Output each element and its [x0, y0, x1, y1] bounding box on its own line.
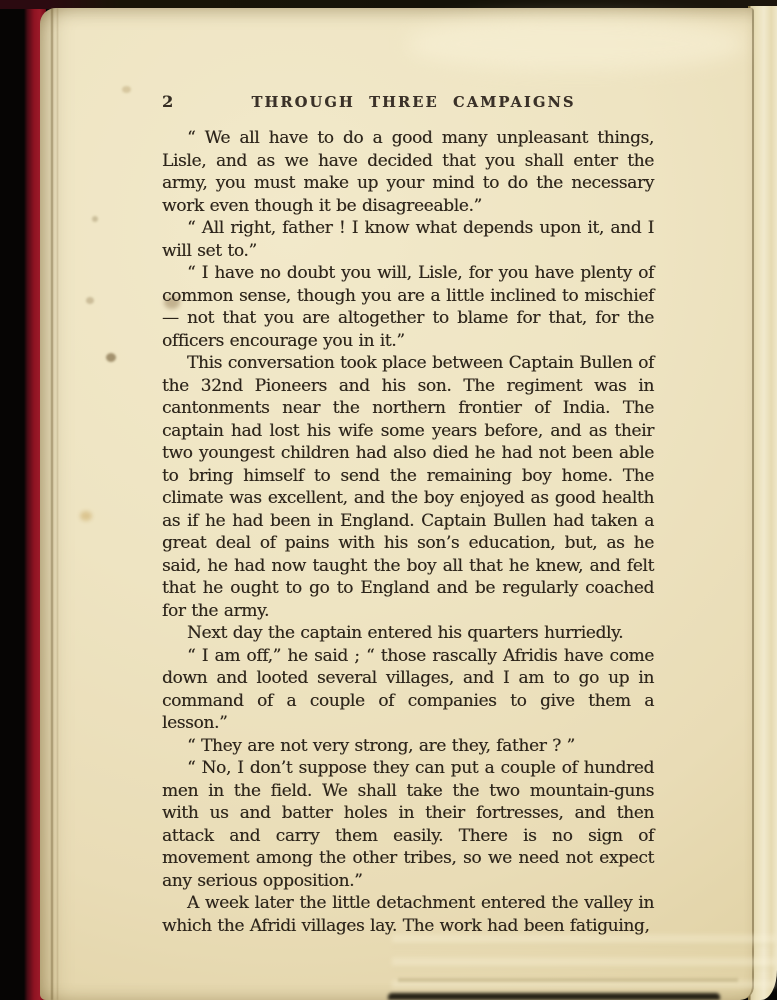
page-gutter-crease-2	[57, 8, 58, 1000]
page-text: “ We all have to do a good many unpleasa…	[162, 127, 654, 937]
foxing-stain	[106, 353, 116, 362]
paragraph: “ I have no doubt you will, Lisle, for y…	[162, 262, 654, 352]
bottom-shadow-band	[398, 978, 738, 982]
page-number: 2	[162, 92, 173, 111]
paragraph: “ They are not very strong, are they, fa…	[162, 735, 654, 758]
paragraph: Next day the captain entered his quarter…	[162, 622, 654, 645]
running-header-title: THROUGH THREE CAMPAIGNS	[173, 94, 654, 111]
foxing-stain	[86, 297, 94, 304]
page-gutter-crease	[51, 8, 53, 1000]
printed-content: 2 THROUGH THREE CAMPAIGNS “ We all have …	[162, 92, 654, 937]
bottom-edge-shadow	[388, 993, 720, 1000]
scanned-book-page: 2 THROUGH THREE CAMPAIGNS “ We all have …	[0, 0, 777, 1000]
paragraph: This conversation took place between Cap…	[162, 352, 654, 622]
paragraph: “ All right, father ! I know what depend…	[162, 217, 654, 262]
paragraph: “ No, I don’t suppose they can put a cou…	[162, 757, 654, 892]
paragraph: “ I am off,” he said ; “ those rascally …	[162, 645, 654, 735]
paragraph: A week later the little detachment enter…	[162, 892, 654, 937]
foxing-stain	[92, 216, 98, 222]
book-page: 2 THROUGH THREE CAMPAIGNS “ We all have …	[40, 8, 754, 1000]
scan-light-sheen-top	[408, 18, 744, 70]
paragraph: “ We all have to do a good many unpleasa…	[162, 127, 654, 217]
running-header: 2 THROUGH THREE CAMPAIGNS	[162, 92, 654, 111]
foxing-stain	[80, 511, 92, 521]
foxing-stain	[122, 86, 131, 93]
